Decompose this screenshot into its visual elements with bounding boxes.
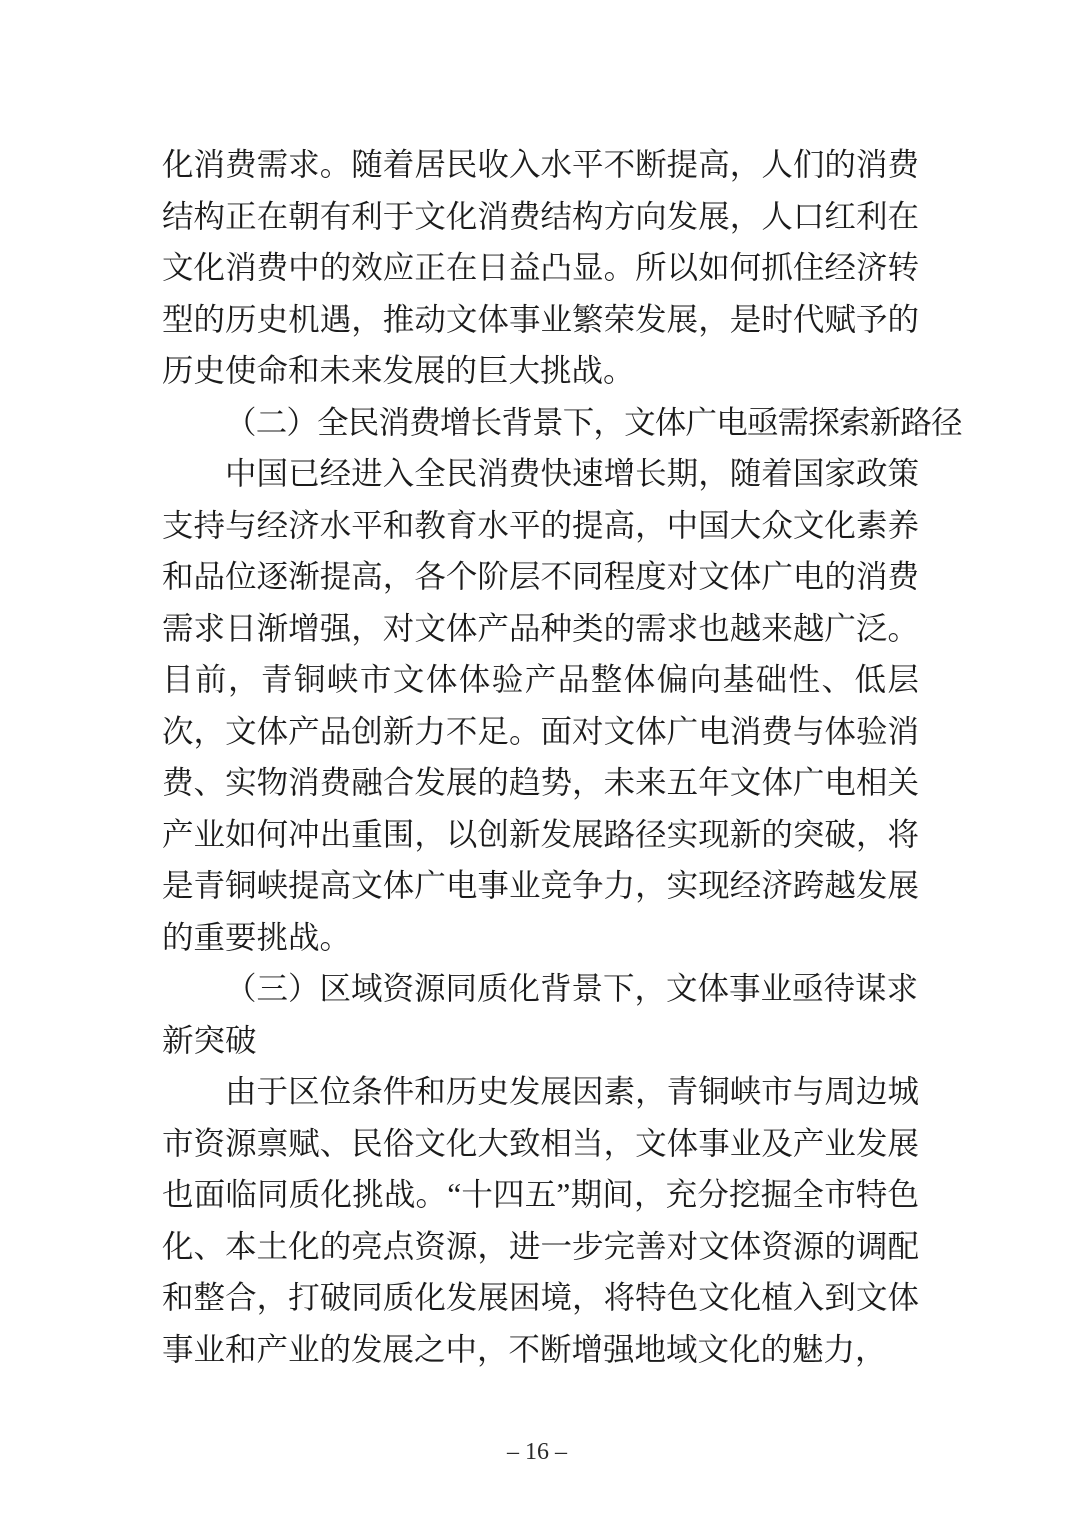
paragraph-continuation: 化消费需求。随着居民收入水平不断提高，人们的消费结构正在朝有利于文化消费结构方向… [162,139,919,397]
section-heading-3: （三）区域资源同质化背景下，文体事业亟待谋求新突破 [162,963,919,1066]
page-number: – 16 – [507,1439,567,1465]
section-heading-2: （二）全民消费增长背景下，文体广电亟需探索新路径 [162,397,919,449]
paragraph: 中国已经进入全民消费快速增长期，随着国家政策支持与经济水平和教育水平的提高，中国… [162,448,919,963]
page-body: 化消费需求。随着居民收入水平不断提高，人们的消费结构正在朝有利于文化消费结构方向… [162,139,919,1375]
page-footer: – 16 – [0,1437,1074,1467]
document-page: 化消费需求。随着居民收入水平不断提高，人们的消费结构正在朝有利于文化消费结构方向… [0,0,1074,1520]
paragraph: 由于区位条件和历史发展因素，青铜峡市与周边城市资源禀赋、民俗文化大致相当，文体事… [162,1066,919,1375]
